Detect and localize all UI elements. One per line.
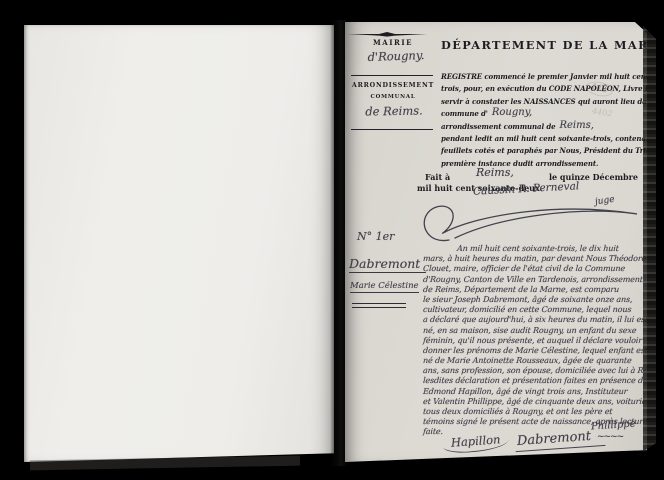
arrondissement-handwritten: Reims, (559, 120, 593, 131)
register-line: REGISTRE commencé le premier Janvier mil… (441, 71, 656, 83)
act-line: d'Rougny, Canton de Ville en Tardenois, … (423, 275, 649, 285)
act-margin-firstnames: Marie Célestine (350, 281, 419, 293)
register-line: trois, pour, en exécution du CODE NAPOLÉ… (441, 83, 656, 95)
arrondissement-printed: arrondissement communal de (441, 122, 555, 131)
contenant-printed: pendant ledit an mil huit cent soixante-… (441, 134, 654, 143)
left-page-blank (24, 25, 334, 462)
commune-handwritten: Rougny, (492, 107, 532, 118)
act-line: le sieur Joseph Dabremont, âgé de soixan… (423, 295, 649, 305)
fait-a-place-handwritten: Reims, (476, 166, 514, 179)
act-line: donner les prénoms de Marie Célestine, l… (423, 346, 649, 356)
commune-printed: commune d' (441, 109, 488, 118)
divider-ornament (345, 31, 429, 37)
page-stack-edge (643, 26, 656, 456)
act-number: N° 1er (357, 230, 394, 243)
act-line: féminin, qu'il nous présente, et auquel … (423, 336, 649, 346)
act-line: An mil huit cent soixante-trois, le dix … (423, 244, 649, 254)
register-line: servir à constater les NAISSANCES qui au… (441, 96, 656, 108)
paraph-flourish (411, 198, 645, 248)
mairie-commune-handwritten: d'Rougny. (353, 48, 439, 65)
act-line: a déclaré que aujourd'hui, à six heures … (423, 315, 649, 325)
act-line: lesdites déclaration et présentation fai… (423, 376, 649, 386)
register-line-contenant: pendant ledit an mil huit cent soixante-… (441, 133, 656, 145)
register-line: feuillets cotés et paraphés par Nous, Pr… (441, 145, 656, 157)
right-page: MAIRIE d'Rougny. ARRONDISSEMENT COMMUNAL… (345, 22, 647, 462)
act-line: cultivateur, domicilié en cette Commune,… (423, 305, 649, 315)
act-line: ans, sans profession, son épouse, domici… (423, 366, 649, 376)
fait-a-label: Fait à (425, 172, 450, 182)
act-line: né de Marie Antoinette Rousseaux, âgée d… (423, 356, 649, 366)
horizontal-rule (351, 75, 433, 76)
arrondissement-label: ARRONDISSEMENT (347, 82, 439, 89)
act-line: tous deux domiciliés à Rougny, et ont le… (423, 407, 649, 417)
signature-flourish: ~~~~ (597, 432, 623, 442)
feuillets-count-handwritten: Six (658, 132, 664, 143)
act-line: de Reims, Département de la Marne, est c… (423, 285, 649, 295)
communal-label: COMMUNAL (347, 94, 439, 100)
signature-witness1: Hapillon (442, 432, 509, 455)
act-line: Edmond Hapillon, âgé de vingt trois ans,… (423, 387, 649, 397)
birth-act-text: An mil huit cent soixante-trois, le dix … (423, 244, 648, 438)
page-title: DÉPARTEMENT DE LA MARNE. (441, 38, 647, 52)
act-line: Clouet, maire, officier de l'état civil … (423, 264, 649, 274)
act-line: et Valentin Phillippe, âgé de cinquante … (423, 397, 649, 407)
act-line: né, en sa maison, sise audit Rougny, un … (423, 326, 649, 336)
act-margin-surname: Dabremont (349, 256, 426, 273)
register-line: première instance dudit arrondissement. (441, 158, 656, 170)
margin-double-rule (352, 303, 406, 308)
arrondissement-handwritten: de Reims. (349, 103, 439, 119)
horizontal-rule (351, 129, 433, 130)
mairie-label: MAIRIE (347, 38, 439, 47)
act-line: mars, à huit heures du matin, par devant… (423, 254, 649, 264)
register-line-arrondissement: arrondissement communal deReims, (441, 121, 656, 133)
register-opening-paragraph: REGISTRE commencé le premier Janvier mil… (441, 71, 656, 170)
scanned-register-spread: MAIRIE d'Rougny. ARRONDISSEMENT COMMUNAL… (0, 0, 664, 480)
register-line-commune: commune d'Rougny, (441, 108, 656, 120)
